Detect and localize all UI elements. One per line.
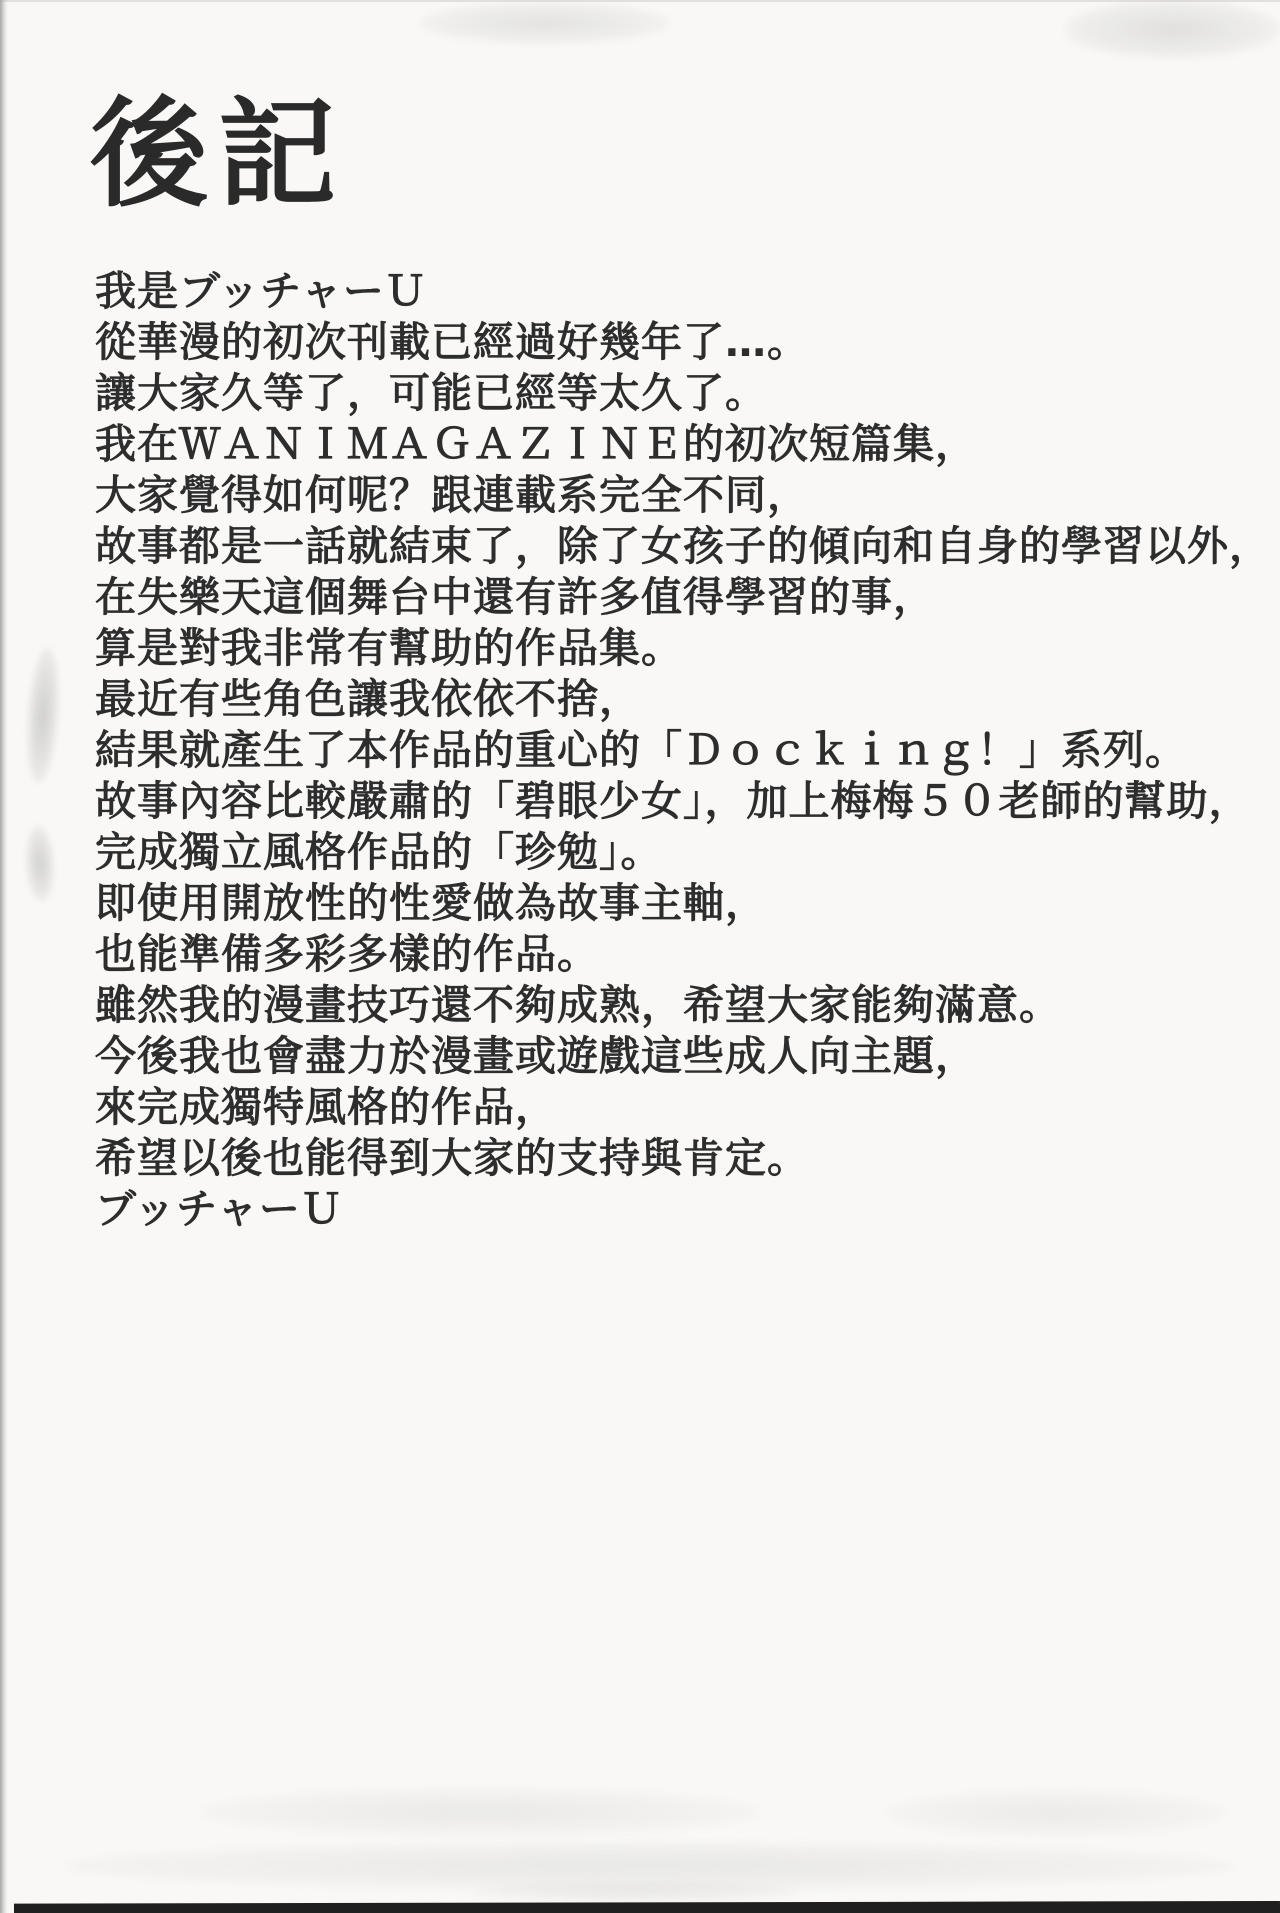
scan-bottom-bar <box>14 1901 1280 1913</box>
scan-smudge <box>1065 0 1280 58</box>
afterword-line: 大家覺得如何呢？跟連載系完全不同， <box>95 470 1255 521</box>
scan-top-edge <box>0 0 1280 2</box>
afterword-line: 故事都是一話就結束了，除了女孩子的傾向和自身的學習以外， <box>95 521 1255 572</box>
afterword-line: 讓大家久等了，可能已經等太久了。 <box>95 368 1255 419</box>
scanned-afterword-page: 後記 我是ブッチャーＵ 從華漫的初次刊載已經過好幾年了…。 讓大家久等了，可能已… <box>0 0 1280 1913</box>
afterword-line: 即使用開放性的性愛做為故事主軸， <box>95 878 1255 929</box>
afterword-line: 希望以後也能得到大家的支持與肯定。 <box>95 1133 1255 1184</box>
afterword-text-block: 我是ブッチャーＵ 從華漫的初次刊載已經過好幾年了…。 讓大家久等了，可能已經等太… <box>95 266 1255 1235</box>
afterword-line: 故事內容比較嚴肅的「碧眼少女」，加上梅梅５０老師的幫助， <box>95 776 1255 827</box>
afterword-line: 結果就產生了本作品的重心的「Ｄｏｃｋｉｎｇ！」系列。 <box>95 725 1255 776</box>
afterword-line: 雖然我的漫畫技巧還不夠成熟，希望大家能夠滿意。 <box>95 980 1255 1031</box>
bleed-through-smudge <box>200 1788 760 1836</box>
afterword-line: ブッチャーＵ <box>95 1184 1255 1235</box>
bleed-through-smudge <box>885 1790 1225 1836</box>
binding-mark <box>24 825 56 901</box>
afterword-line: 也能準備多彩多樣的作品。 <box>95 929 1255 980</box>
afterword-line: 我是ブッチャーＵ <box>95 266 1255 317</box>
afterword-line: 算是對我非常有幫助的作品集。 <box>95 623 1255 674</box>
afterword-line: 在失樂天這個舞台中還有許多值得學習的事， <box>95 572 1255 623</box>
afterword-line: 來完成獨特風格的作品， <box>95 1082 1255 1133</box>
page-title: 後記 <box>90 78 346 231</box>
afterword-line: 我在ＷＡＮＩＭＡＧＡＺＩＮＥ的初次短篇集， <box>95 419 1255 470</box>
scan-left-edge-shadow <box>0 0 8 1913</box>
afterword-line: 今後我也會盡力於漫畫或遊戲這些成人向主題， <box>95 1031 1255 1082</box>
afterword-line: 完成獨立風格作品的「珍勉」。 <box>95 827 1255 878</box>
binding-mark <box>23 647 62 784</box>
afterword-line: 最近有些角色讓我依依不捨， <box>95 674 1255 725</box>
bleed-through-smudge <box>65 1842 1235 1890</box>
bleed-through-smudge <box>470 1882 800 1902</box>
scan-smudge <box>420 2 670 44</box>
afterword-line: 從華漫的初次刊載已經過好幾年了…。 <box>95 317 1255 368</box>
